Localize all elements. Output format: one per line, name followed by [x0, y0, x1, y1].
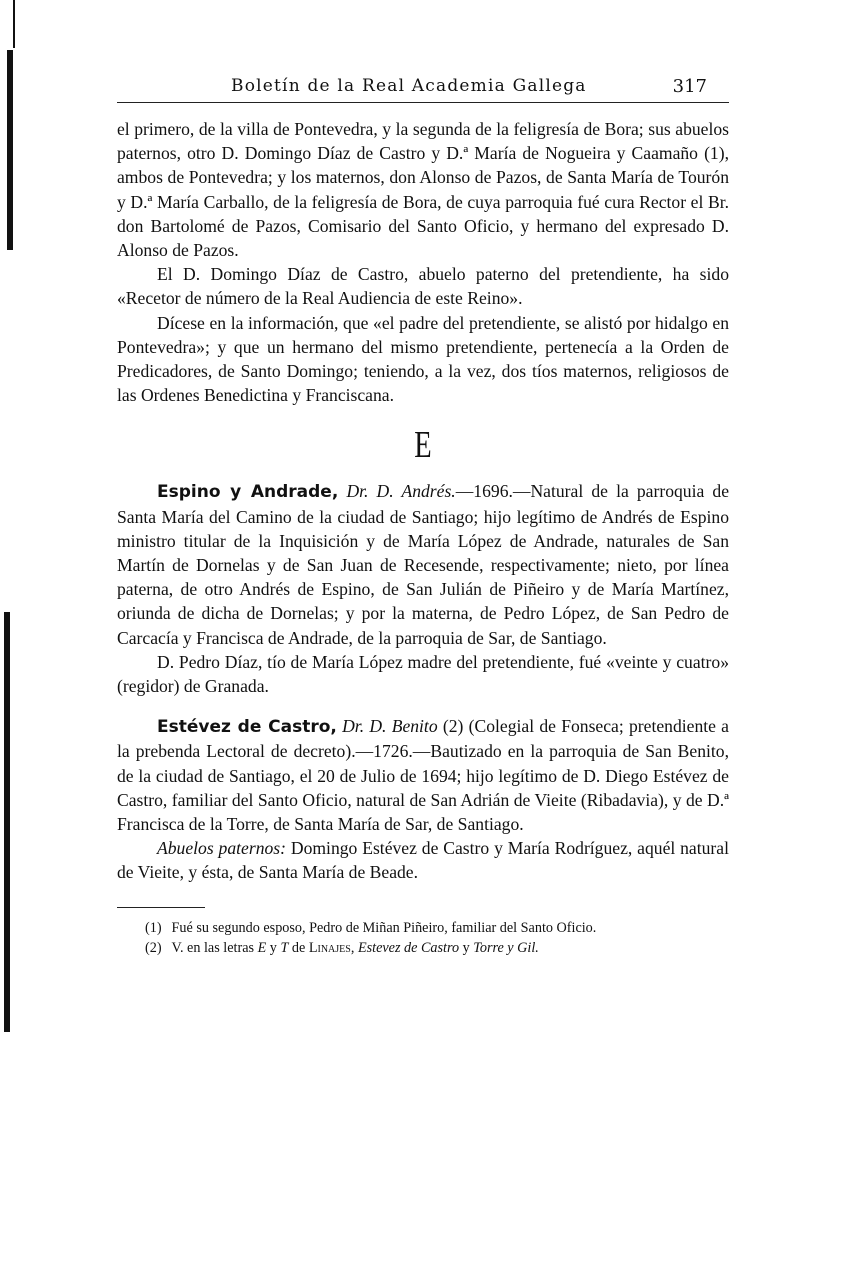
footnote-text: y	[459, 940, 473, 956]
footnote-2: (2)V. en las letras E y T de Linajes, Es…	[117, 938, 729, 958]
footnote-reference: Estevez de Castro	[358, 940, 459, 956]
page-number: 317	[673, 76, 707, 97]
footnote-smallcaps: Linajes	[309, 940, 351, 956]
body-paragraph: D. Pedro Díaz, tío de María López madre …	[117, 650, 729, 698]
running-header: Boletín de la Real Academia Gallega 317	[117, 72, 729, 103]
footnote-letter: E	[258, 940, 267, 956]
entry-text: —1696.—Natural de la parroquia de Santa …	[117, 481, 729, 647]
body-paragraph: Dícese en la información, que «el padre …	[117, 311, 729, 408]
journal-title: Boletín de la Real Academia Gallega	[231, 76, 587, 96]
scan-edge-artifact	[13, 0, 15, 48]
footnote-mark: (2)	[145, 940, 162, 956]
italic-lead: Abuelos paternos:	[157, 838, 286, 858]
footnote-text: de	[288, 940, 309, 956]
entry-name: Espino y Andrade,	[157, 482, 338, 502]
section-letter-heading: E	[194, 425, 653, 465]
entry-title: Dr. D. Andrés.	[346, 481, 455, 501]
body-paragraph: Abuelos paternos: Domingo Estévez de Cas…	[117, 836, 729, 884]
footnote-divider	[117, 907, 205, 908]
document-page: Boletín de la Real Academia Gallega 317 …	[117, 72, 729, 958]
entry-title: Dr. D. Benito	[342, 716, 438, 736]
scan-edge-artifact	[4, 612, 10, 1032]
body-paragraph: el primero, de la villa de Pontevedra, y…	[117, 117, 729, 262]
entry-estevez-de-castro: Estévez de Castro, Dr. D. Benito (2) (Co…	[117, 714, 729, 836]
footnote-mark: (1)	[145, 920, 162, 936]
footnote-text: V. en las letras	[172, 940, 258, 956]
footnote-text: Fué su segundo esposo, Pedro de Miñan Pi…	[172, 920, 597, 936]
footnote-reference: Torre y Gil.	[473, 940, 539, 956]
scan-edge-artifact	[7, 50, 13, 250]
entry-espino-y-andrade: Espino y Andrade, Dr. D. Andrés.—1696.—N…	[117, 479, 729, 649]
body-paragraph: El D. Domingo Díaz de Castro, abuelo pat…	[117, 262, 729, 310]
footnote-text: y	[266, 940, 280, 956]
entry-name: Estévez de Castro,	[157, 717, 337, 737]
footnote-text: ,	[351, 940, 358, 956]
footnote-1: (1)Fué su segundo esposo, Pedro de Miñan…	[117, 918, 729, 938]
